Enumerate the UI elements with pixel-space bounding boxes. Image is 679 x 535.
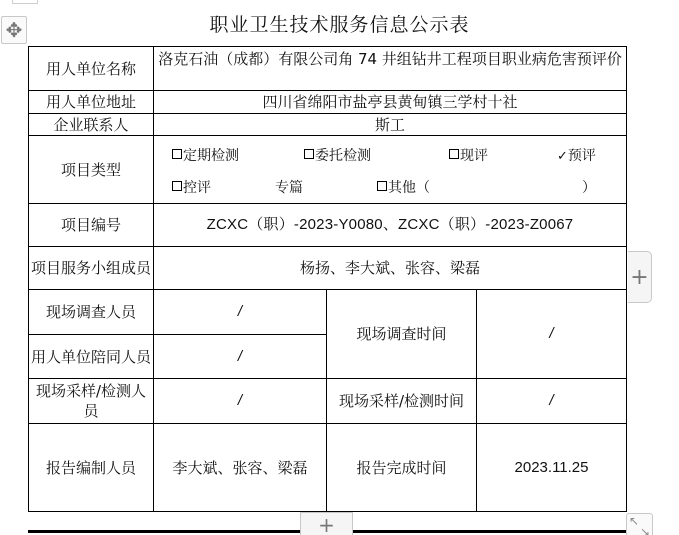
- checkbox-unchecked-icon[interactable]: [377, 181, 387, 191]
- report-compilers-value[interactable]: 李大斌、张容、梁磊: [154, 424, 327, 512]
- sampling-staff-value[interactable]: /: [154, 379, 327, 424]
- option-other[interactable]: 其他（: [377, 178, 430, 198]
- project-number-value[interactable]: ZCXC（职）-2023-Y0080、ZCXC（职）-2023-Z0067: [154, 204, 627, 247]
- report-compilers-label: 报告编制人员: [29, 424, 154, 512]
- site-survey-staff-label: 现场调查人员: [29, 290, 154, 335]
- disclosure-table: 用人单位名称 洛克石油（成都）有限公司角 74 井组钻井工程项目职业病危害预评价…: [28, 46, 627, 512]
- add-row-button[interactable]: +: [300, 512, 353, 535]
- row-service-team: 项目服务小组成员 杨扬、李大斌、张容、梁磊: [29, 247, 627, 290]
- service-team-label: 项目服务小组成员: [29, 247, 154, 290]
- option-status-evaluation[interactable]: 现评: [449, 146, 488, 166]
- row-project-number: 项目编号 ZCXC（职）-2023-Y0080、ZCXC（职）-2023-Z00…: [29, 204, 627, 247]
- option-periodic-detection[interactable]: 定期检测: [172, 146, 239, 166]
- checkmark-icon[interactable]: ✓: [557, 149, 568, 164]
- option-control-evaluation[interactable]: 控评: [172, 178, 211, 198]
- employer-address-label: 用人单位地址: [29, 91, 154, 114]
- option-pre-evaluation[interactable]: ✓预评: [557, 146, 596, 167]
- sampling-staff-label: 现场采样/检测人员: [29, 379, 154, 424]
- option-special-chapter: 专篇: [275, 178, 303, 198]
- site-survey-time-value[interactable]: /: [477, 290, 627, 379]
- checkbox-unchecked-icon[interactable]: [449, 149, 459, 159]
- add-column-button[interactable]: +: [628, 251, 652, 303]
- row-sampling: 现场采样/检测人员 / 现场采样/检测时间 /: [29, 379, 627, 424]
- row-employer-name: 用人单位名称 洛克石油（成都）有限公司角 74 井组钻井工程项目职业病危害预评价: [29, 47, 627, 91]
- project-type-options: 定期检测 委托检测 现评 ✓预评 控评 专篇 其他（ ）: [154, 136, 627, 204]
- plus-icon: +: [630, 265, 648, 290]
- employer-name-label: 用人单位名称: [29, 47, 154, 91]
- plus-icon: +: [318, 513, 335, 535]
- contact-person-label: 企业联系人: [29, 114, 154, 136]
- top-edge-tab: [12, 0, 38, 4]
- row-report: 报告编制人员 李大斌、张容、梁磊 报告完成时间 2023.11.25: [29, 424, 627, 512]
- checkbox-unchecked-icon[interactable]: [172, 149, 182, 159]
- project-number-label: 项目编号: [29, 204, 154, 247]
- report-completion-time-value[interactable]: 2023.11.25: [477, 424, 627, 512]
- document-title: 职业卫生技术服务信息公示表: [0, 10, 679, 37]
- sampling-time-value[interactable]: /: [477, 379, 627, 424]
- row-project-type: 项目类型 定期检测 委托检测 现评 ✓预评 控评 专篇 其他（ ）: [29, 136, 627, 204]
- checkbox-unchecked-icon[interactable]: [304, 149, 314, 159]
- option-other-close-paren: ）: [582, 178, 596, 198]
- service-team-value[interactable]: 杨扬、李大斌、张容、梁磊: [154, 247, 627, 290]
- site-survey-staff-value[interactable]: /: [154, 290, 327, 335]
- resize-arrow-icon: ↘: [629, 527, 650, 535]
- report-completion-time-label: 报告完成时间: [327, 424, 477, 512]
- table-resize-handle[interactable]: ↖ ↘: [626, 513, 653, 535]
- contact-person-value[interactable]: 斯工: [154, 114, 627, 136]
- employer-escort-value[interactable]: /: [154, 335, 327, 379]
- project-type-label: 项目类型: [29, 136, 154, 204]
- row-site-survey-staff: 现场调查人员 / 现场调查时间 /: [29, 290, 627, 335]
- employer-address-value[interactable]: 四川省绵阳市盐亭县黄甸镇三学村十社: [154, 91, 627, 114]
- sampling-time-label: 现场采样/检测时间: [327, 379, 477, 424]
- employer-name-value[interactable]: 洛克石油（成都）有限公司角 74 井组钻井工程项目职业病危害预评价: [154, 47, 627, 91]
- option-commissioned-detection[interactable]: 委托检测: [304, 146, 371, 166]
- checkbox-unchecked-icon[interactable]: [172, 181, 182, 191]
- row-contact-person: 企业联系人 斯工: [29, 114, 627, 136]
- employer-escort-label: 用人单位陪同人员: [29, 335, 154, 379]
- row-employer-address: 用人单位地址 四川省绵阳市盐亭县黄甸镇三学村十社: [29, 91, 627, 114]
- site-survey-time-label: 现场调查时间: [327, 290, 477, 379]
